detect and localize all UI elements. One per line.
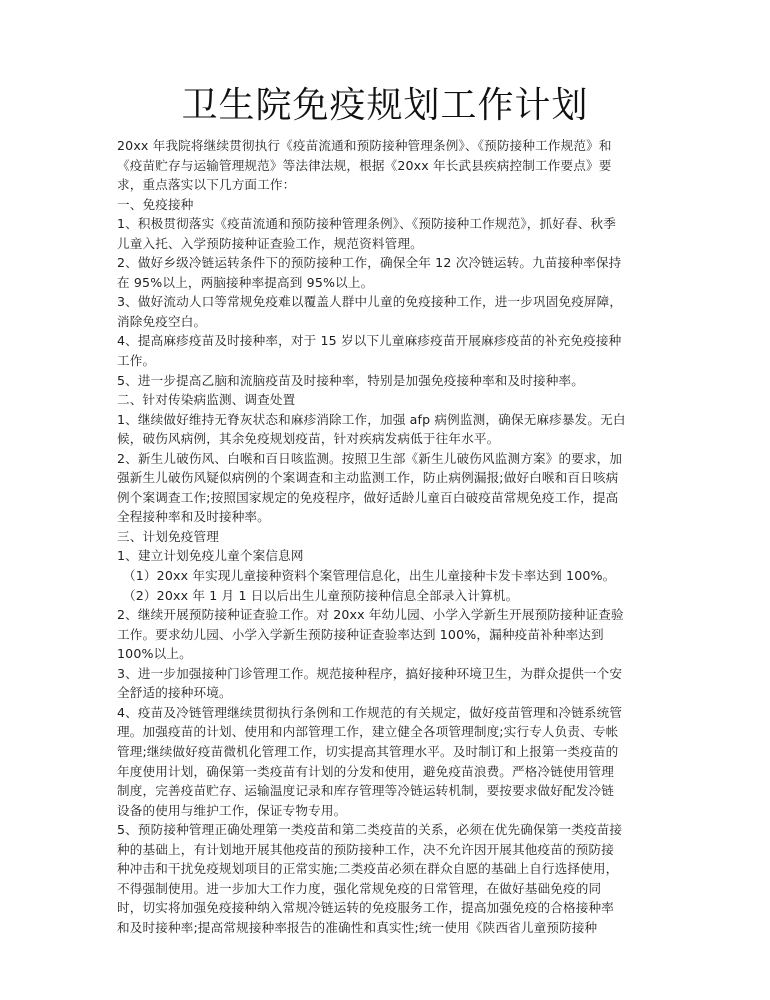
- body-line: 4、疫苗及冷链管理继续贯彻执行条例和工作规范的有关规定，做好疫苗管理和冷链系统管: [117, 703, 662, 723]
- body-line: 2、新生儿破伤风、白喉和百日咳监测。按照卫生部《新生儿破伤风监测方案》的要求，加: [117, 449, 662, 469]
- body-line: 5、预防接种管理正确处理第一类疫苗和第二类疫苗的关系，必须在优先确保第一类疫苗接: [117, 820, 662, 840]
- document-page: 卫生院免疫规划工作计划 20xx 年我院将继续贯彻执行《疫苗流通和预防接种管理条…: [0, 0, 770, 1000]
- body-line: 工作。: [117, 351, 662, 371]
- body-line: 强新生儿破伤风疑似病例的个案调查和主动监测工作，防止病例漏报;做好白喉和百日咳病: [117, 468, 662, 488]
- body-line: 时，切实将加强免疫接种纳入常规冷链运转的免疫服务工作，提高加强免疫的合格接种率: [117, 898, 662, 918]
- body-line: 年度使用计划，确保第一类疫苗有计划的分发和使用，避免疫苗浪费。严格冷链使用管理: [117, 762, 662, 782]
- body-line: 候，破伤风病例，其余免疫规划疫苗，针对疾病发病低于往年水平。: [117, 429, 662, 449]
- body-line: 4、提高麻疹疫苗及时接种率，对于 15 岁以下儿童麻疹疫苗开展麻疹疫苗的补充免疫…: [117, 331, 662, 351]
- body-line: 例个案调查工作;按照国家规定的免疫程序，做好适龄儿童百白破疫苗常规免疫工作，提高: [117, 488, 662, 508]
- body-line: 1、继续做好维持无脊灰状态和麻疹消除工作，加强 afp 病例监测，确保无麻疹暴发…: [117, 410, 662, 430]
- body-line: 1、积极贯彻落实《疫苗流通和预防接种管理条例》、《预防接种工作规范》，抓好春、秋…: [117, 214, 662, 234]
- body-line: 2、继续开展预防接种证查验工作。对 20xx 年幼儿园、小学入学新生开展预防接种…: [117, 605, 662, 625]
- intro-line: 《疫苗贮存与运输管理规范》等法律法规，根据《20xx 年长武县疾病控制工作要点》…: [117, 156, 662, 176]
- section-heading: 二、针对传染病监测、调查处置: [117, 390, 662, 410]
- body-line: 3、进一步加强接种门诊管理工作。规范接种程序，搞好接种环境卫生，为群众提供一个安: [117, 664, 662, 684]
- body-line: 管理;继续做好疫苗微机化管理工作，切实提高其管理水平。及时制订和上报第一类疫苗的: [117, 742, 662, 762]
- sub-item-line: （1）20xx 年实现儿童接种资料个案管理信息化，出生儿童接种卡发卡率达到 10…: [117, 566, 662, 586]
- body-line: 设备的使用与维护工作，保证专物专用。: [117, 801, 662, 821]
- body-line: 100%以上。: [117, 644, 662, 664]
- body-line: 在 95%以上，两脑接种率提高到 95%以上。: [117, 273, 662, 293]
- sub-item-line: （2）20xx 年 1 月 1 日以后出生儿童预防接种信息全部录入计算机。: [117, 586, 662, 606]
- body-line: 种冲击和干扰免疫规划项目的正常实施;二类疫苗必须在群众自愿的基础上自行选择使用，: [117, 859, 662, 879]
- body-line: 1、建立计划免疫儿童个案信息网: [117, 546, 662, 566]
- body-line: 2、做好乡级冷链运转条件下的预防接种工作，确保全年 12 次冷链运转。九苗接种率…: [117, 253, 662, 273]
- body-line: 儿童入托、入学预防接种证查验工作，规范资料管理。: [117, 234, 662, 254]
- body-line: 种的基础上，有计划地开展其他疫苗的预防接种工作，决不允许因开展其他疫苗的预防接: [117, 840, 662, 860]
- body-line: 理。加强疫苗的计划、使用和内部管理工作，建立健全各项管理制度;实行专人负责、专帐: [117, 722, 662, 742]
- intro-line: 20xx 年我院将继续贯彻执行《疫苗流通和预防接种管理条例》、《预防接种工作规范…: [117, 136, 662, 156]
- document-title: 卫生院免疫规划工作计划: [0, 84, 770, 128]
- body-line: 5、进一步提高乙脑和流脑疫苗及时接种率，特别是加强免疫接种率和及时接种率。: [117, 371, 662, 391]
- body-line: 全舒适的接种环境。: [117, 683, 662, 703]
- body-line: 3、做好流动人口等常规免疫难以覆盖人群中儿童的免疫接种工作，进一步巩固免疫屏障，: [117, 292, 662, 312]
- body-line: 工作。要求幼儿园、小学入学新生预防接种证查验率达到 100%，漏种疫苗补种率达到: [117, 625, 662, 645]
- intro-line: 求，重点落实以下几方面工作：: [117, 175, 662, 195]
- body-line: 和及时接种率;提高常规接种率报告的准确性和真实性;统一使用《陕西省儿童预防接种: [117, 918, 662, 938]
- body-line: 全程接种率和及时接种率。: [117, 507, 662, 527]
- section-heading: 一、免疫接种: [117, 195, 662, 215]
- section-heading: 三、计划免疫管理: [117, 527, 662, 547]
- body-line: 消除免疫空白。: [117, 312, 662, 332]
- body-line: 不得强制使用。进一步加大工作力度，强化常规免疫的日常管理，在做好基础免疫的同: [117, 879, 662, 899]
- document-body: 20xx 年我院将继续贯彻执行《疫苗流通和预防接种管理条例》、《预防接种工作规范…: [117, 136, 662, 937]
- body-line: 制度，完善疫苗贮存、运输温度记录和库存管理等冷链运转机制，要按要求做好配发冷链: [117, 781, 662, 801]
